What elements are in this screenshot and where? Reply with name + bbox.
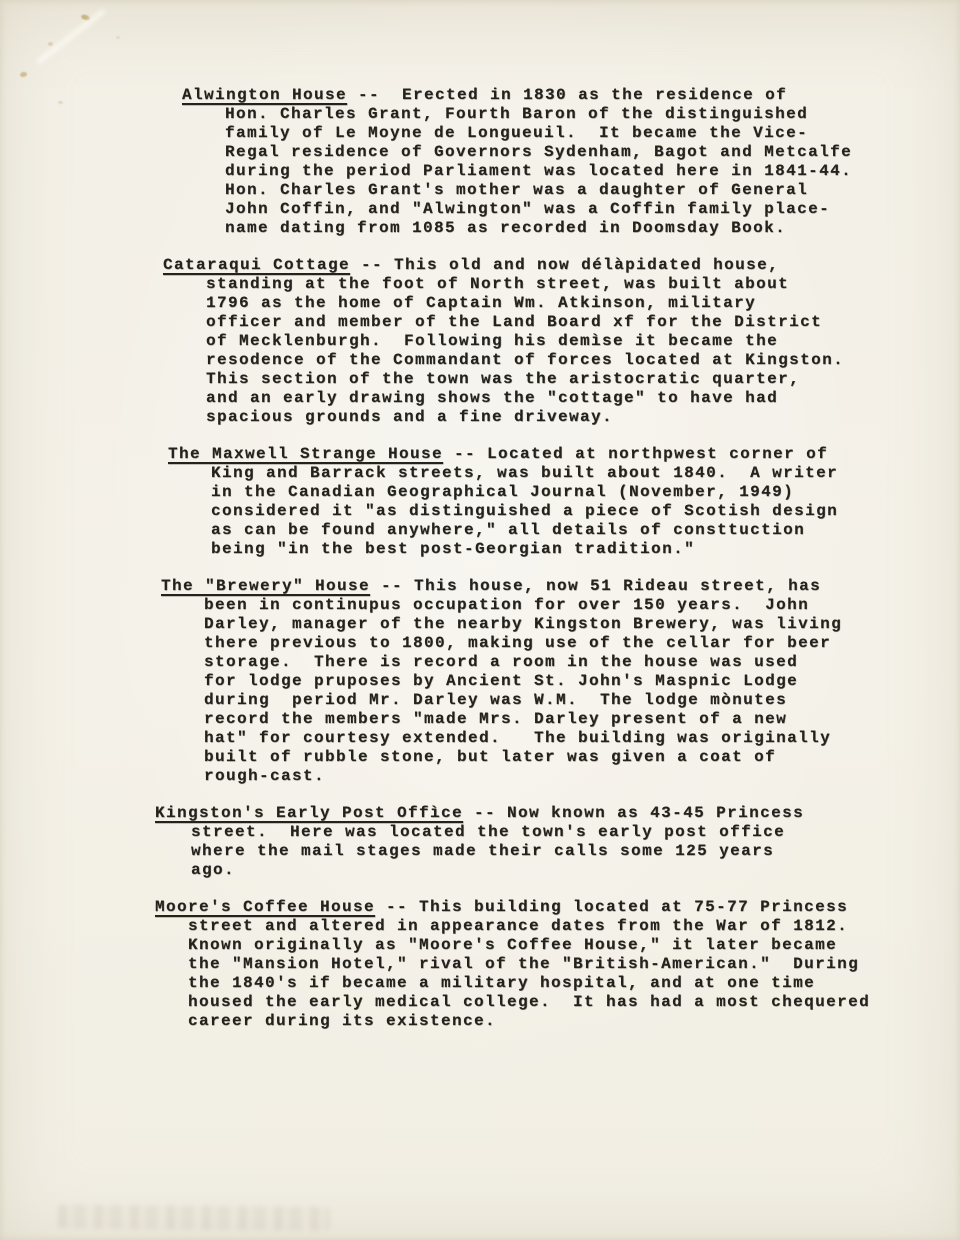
typewritten-document-page: Alwington House -- Erected in 1830 as th… bbox=[0, 0, 960, 1240]
entry-kingstons-early-post-office: Kingston's Early Post Offìce -- Now know… bbox=[155, 804, 920, 880]
entry-cataraqui-cottage: Cataraqui Cottage -- This old and now dé… bbox=[163, 256, 920, 427]
foxing-spot bbox=[58, 101, 63, 104]
entry-body: -- This building located at 75-77 Prince… bbox=[188, 898, 870, 1030]
entry-brewery-house: The "Brewery" House -- This house, now 5… bbox=[161, 577, 920, 786]
entry-title: Alwington House bbox=[182, 86, 347, 104]
entry-body: -- This old and now délàpidated house, s… bbox=[206, 256, 844, 426]
entry-title: Cataraqui Cottage bbox=[163, 256, 350, 274]
ink-bleed-through-mark bbox=[58, 1205, 330, 1232]
foxing-spot bbox=[116, 36, 120, 39]
entry-body: -- This house, now 51 Rideau street, has… bbox=[204, 577, 842, 785]
entry-title: Moore's Coffee House bbox=[155, 898, 375, 916]
entry-body: -- Erected in 1830 as the residence of H… bbox=[225, 86, 852, 237]
paper-crease bbox=[36, 8, 107, 65]
entry-title: The Maxwell Strange House bbox=[168, 445, 443, 463]
entry-alwington-house: Alwington House -- Erected in 1830 as th… bbox=[182, 86, 920, 238]
entry-moores-coffee-house: Moore's Coffee House -- This building lo… bbox=[155, 898, 920, 1031]
entry-title: Kingston's Early Post Offìce bbox=[155, 804, 463, 822]
entry-maxwell-strange-house: The Maxwell Strange House -- Located at … bbox=[168, 445, 920, 559]
foxing-spot bbox=[20, 71, 28, 77]
foxing-spot bbox=[48, 42, 53, 46]
entry-title: The "Brewery" House bbox=[161, 577, 370, 595]
